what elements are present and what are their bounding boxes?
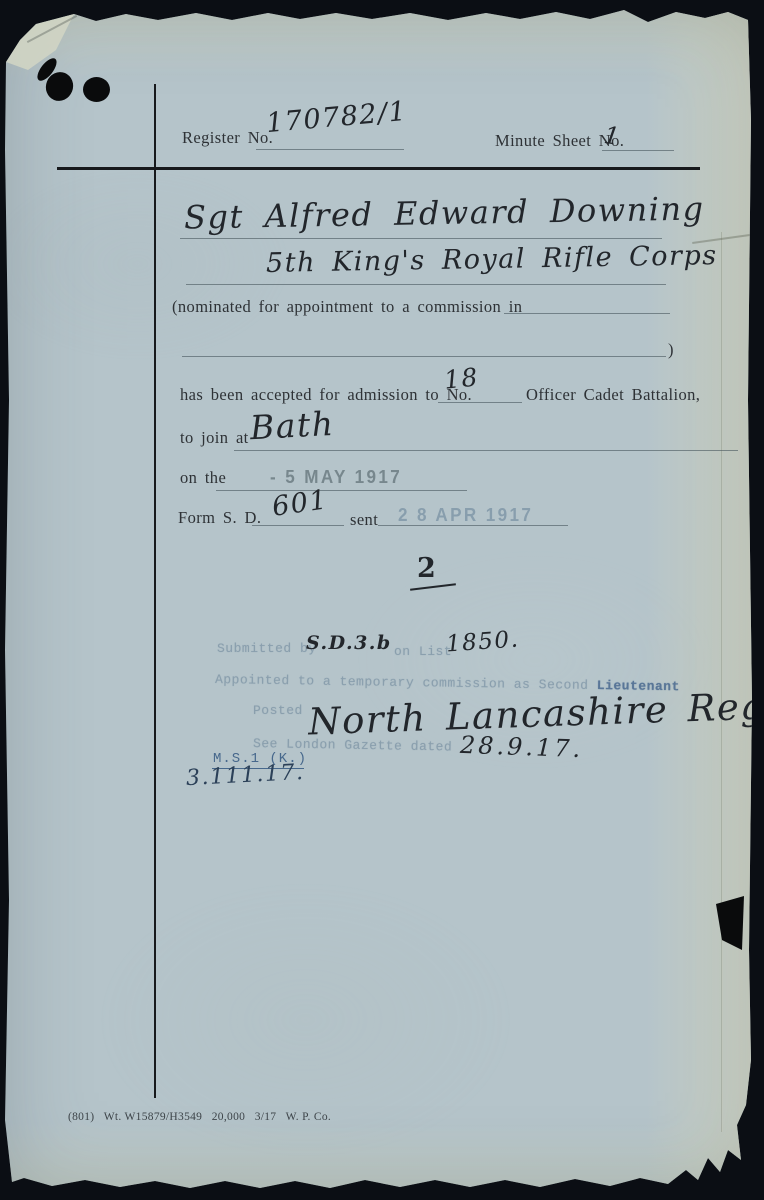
unit-line: [186, 284, 666, 285]
form-sd-label: Form S. D.: [178, 508, 261, 528]
nominated-text: (nominated for appointment to a commissi…: [172, 297, 522, 317]
on-list-label: on List: [394, 644, 452, 659]
join-label: to join at: [180, 428, 249, 448]
gazette-date: 28.9.17.: [460, 731, 584, 763]
paper-vignette: [0, 0, 764, 1200]
on-the-label: on the: [180, 468, 226, 488]
close-paren: ): [668, 340, 674, 360]
date-line: [216, 490, 467, 491]
paper-bottom-shading: [0, 1122, 764, 1192]
register-value: 170782/1: [265, 96, 409, 139]
page-number-underline: [410, 583, 456, 591]
battalion-text: Officer Cadet Battalion,: [526, 385, 700, 405]
header-rule: [57, 167, 700, 170]
battalion-number: 18: [443, 362, 481, 394]
ms-date: 3.111.17.: [185, 760, 305, 791]
margin-rule: [154, 84, 156, 1098]
paper-tear: [714, 896, 746, 952]
punch-hole: [83, 77, 110, 102]
paper-crease: [721, 232, 723, 1132]
battalion-line: [438, 402, 522, 403]
posted-label: Posted: [253, 703, 303, 718]
join-date-stamp: - 5 MAY 1917: [270, 467, 402, 488]
photo-background: Register No. 170782/1 Minute Sheet No. 1…: [0, 0, 764, 1200]
list-number: 1850.: [445, 626, 520, 657]
page-number: 2: [417, 553, 437, 584]
paper-top-shading: [0, 0, 764, 78]
candidate-name: Sgt Alfred Edward Downing: [184, 189, 705, 236]
nominated-line: [504, 313, 670, 314]
sent-label: sent: [350, 510, 378, 530]
register-label: Register No.: [182, 128, 273, 148]
appointed-text: Appointed to a temporary commission as S…: [215, 672, 589, 693]
accepted-text: has been accepted for admission to No.: [180, 385, 472, 405]
blank-line: [182, 356, 666, 357]
paper-texture: [0, 0, 764, 1200]
candidate-unit: 5th King's Royal Rifle Corps: [266, 240, 718, 279]
form-sd-line: [252, 525, 344, 526]
register-line: [256, 149, 404, 150]
submitted-branch: S.D.3.b: [306, 632, 392, 654]
sent-date-stamp: 2 8 APR 1917: [398, 505, 533, 526]
submitted-by-label: Submitted by: [217, 641, 317, 656]
name-line: [180, 238, 662, 239]
form-sd-number: 601: [270, 484, 330, 522]
printers-imprint: (801) Wt. W15879/H3549 20,000 3/17 W. P.…: [68, 1111, 331, 1123]
join-place: Bath: [249, 404, 335, 447]
paper-right-fold-shading: [646, 0, 764, 1200]
join-line: [234, 450, 738, 451]
document-paper: Register No. 170782/1 Minute Sheet No. 1…: [0, 0, 764, 1200]
